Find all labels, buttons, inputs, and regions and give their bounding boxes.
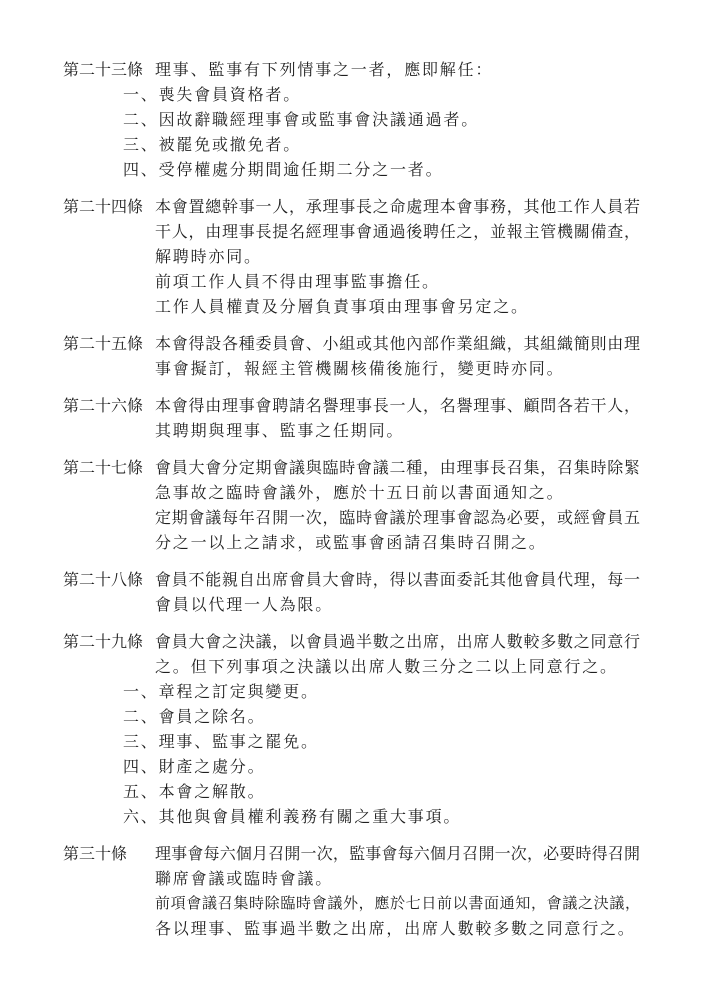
list-item: 五、本會之解散。: [123, 780, 640, 805]
article-text-line: 工作人員權責及分層負責事項由理事會另定之。: [155, 295, 640, 320]
article-text-line: 解聘時亦同。: [155, 245, 640, 270]
list-item: 二、會員之除名。: [123, 705, 640, 730]
article-text-line: 其聘期與理事、監事之任期同。: [155, 419, 640, 444]
article-body: 會員大會分定期會議與臨時會議二種，由理事長召集，召集時除緊 急事故之臨時會議外，…: [155, 456, 640, 556]
article-body: 理事會每六個月召開一次，監事會每六個月召開一次，必要時得召開 聯席會議或臨時會議…: [155, 842, 640, 942]
article-30: 第三十條 理事會每六個月召開一次，監事會每六個月召開一次，必要時得召開 聯席會議…: [63, 842, 640, 942]
article-number: 第三十條: [63, 842, 155, 942]
list-item: 二、因故辭職經理事會或監事會決議通過者。: [123, 108, 640, 133]
article-24: 第二十四條 本會置總幹事一人，承理事長之命處理本會事務，其他工作人員若 干人，由…: [63, 195, 640, 320]
article-body: 會員大會之決議，以會員過半數之出席，出席人數較多數之同意行 之。但下列事項之決議…: [155, 630, 640, 830]
article-text-line: 之。但下列事項之決議以出席人數三分之二以上同意行之。: [155, 655, 640, 680]
article-25: 第二十五條 本會得設各種委員會、小組或其他內部作業組織，其組織簡則由理 事會擬訂…: [63, 332, 640, 382]
article-text-line: 本會得由理事會聘請名譽理事長一人，名譽理事、顧問各若干人，: [155, 394, 640, 419]
article-text-line: 干人，由理事長提名經理事會通過後聘任之，並報主管機關備查，: [155, 220, 640, 245]
article-number: 第二十五條: [63, 332, 155, 382]
document-page: 第二十三條 理事、監事有下列情事之一者，應即解任： 一、喪失會員資格者。 二、因…: [0, 0, 707, 1000]
article-text-line: 理事、監事有下列情事之一者，應即解任：: [155, 58, 640, 83]
article-text-line: 定期會議每年召開一次，臨時會議於理事會認為必要，或經會員五: [155, 506, 640, 531]
article-number: 第二十八條: [63, 568, 155, 618]
list-item: 四、財產之處分。: [123, 755, 640, 780]
article-text-line: 事會擬訂，報經主管機關核備後施行，變更時亦同。: [155, 357, 640, 382]
article-text-line: 會員大會之決議，以會員過半數之出席，出席人數較多數之同意行: [155, 630, 640, 655]
article-body: 本會得設各種委員會、小組或其他內部作業組織，其組織簡則由理 事會擬訂，報經主管機…: [155, 332, 640, 382]
article-body: 本會置總幹事一人，承理事長之命處理本會事務，其他工作人員若 干人，由理事長提名經…: [155, 195, 640, 320]
article-number: 第二十六條: [63, 394, 155, 444]
list-item: 六、其他與會員權利義務有關之重大事項。: [123, 805, 640, 830]
article-number: 第二十四條: [63, 195, 155, 320]
list-item: 一、章程之訂定與變更。: [123, 680, 640, 705]
article-26: 第二十六條 本會得由理事會聘請名譽理事長一人，名譽理事、顧問各若干人， 其聘期與…: [63, 394, 640, 444]
article-text-line: 本會置總幹事一人，承理事長之命處理本會事務，其他工作人員若: [155, 195, 640, 220]
list-item: 三、理事、監事之罷免。: [123, 730, 640, 755]
article-text-line: 急事故之臨時會議外，應於十五日前以書面通知之。: [155, 481, 640, 506]
article-text-line: 各以理事、監事過半數之出席，出席人數較多數之同意行之。: [155, 917, 640, 942]
article-body: 會員不能親自出席會員大會時，得以書面委託其他會員代理，每一 會員以代理一人為限。: [155, 568, 640, 618]
article-text-line: 前項會議召集時除臨時會議外，應於七日前以書面通知，會議之決議，: [155, 892, 640, 917]
article-23: 第二十三條 理事、監事有下列情事之一者，應即解任： 一、喪失會員資格者。 二、因…: [63, 58, 640, 183]
list-item: 四、受停權處分期間逾任期二分之一者。: [123, 158, 640, 183]
list-item: 一、喪失會員資格者。: [123, 83, 640, 108]
article-27: 第二十七條 會員大會分定期會議與臨時會議二種，由理事長召集，召集時除緊 急事故之…: [63, 456, 640, 556]
article-text-line: 會員以代理一人為限。: [155, 593, 640, 618]
article-text-line: 前項工作人員不得由理事監事擔任。: [155, 270, 640, 295]
article-29: 第二十九條 會員大會之決議，以會員過半數之出席，出席人數較多數之同意行 之。但下…: [63, 630, 640, 830]
article-text-line: 聯席會議或臨時會議。: [155, 867, 640, 892]
article-body: 本會得由理事會聘請名譽理事長一人，名譽理事、顧問各若干人， 其聘期與理事、監事之…: [155, 394, 640, 444]
article-number: 第二十七條: [63, 456, 155, 556]
article-text-line: 本會得設各種委員會、小組或其他內部作業組織，其組織簡則由理: [155, 332, 640, 357]
article-text-line: 會員大會分定期會議與臨時會議二種，由理事長召集，召集時除緊: [155, 456, 640, 481]
article-text-line: 分之一以上之請求，或監事會函請召集時召開之。: [155, 531, 640, 556]
article-text-line: 會員不能親自出席會員大會時，得以書面委託其他會員代理，每一: [155, 568, 640, 593]
article-body: 理事、監事有下列情事之一者，應即解任： 一、喪失會員資格者。 二、因故辭職經理事…: [155, 58, 640, 183]
list-item: 三、被罷免或撤免者。: [123, 133, 640, 158]
article-text-line: 理事會每六個月召開一次，監事會每六個月召開一次，必要時得召開: [155, 842, 640, 867]
article-28: 第二十八條 會員不能親自出席會員大會時，得以書面委託其他會員代理，每一 會員以代…: [63, 568, 640, 618]
